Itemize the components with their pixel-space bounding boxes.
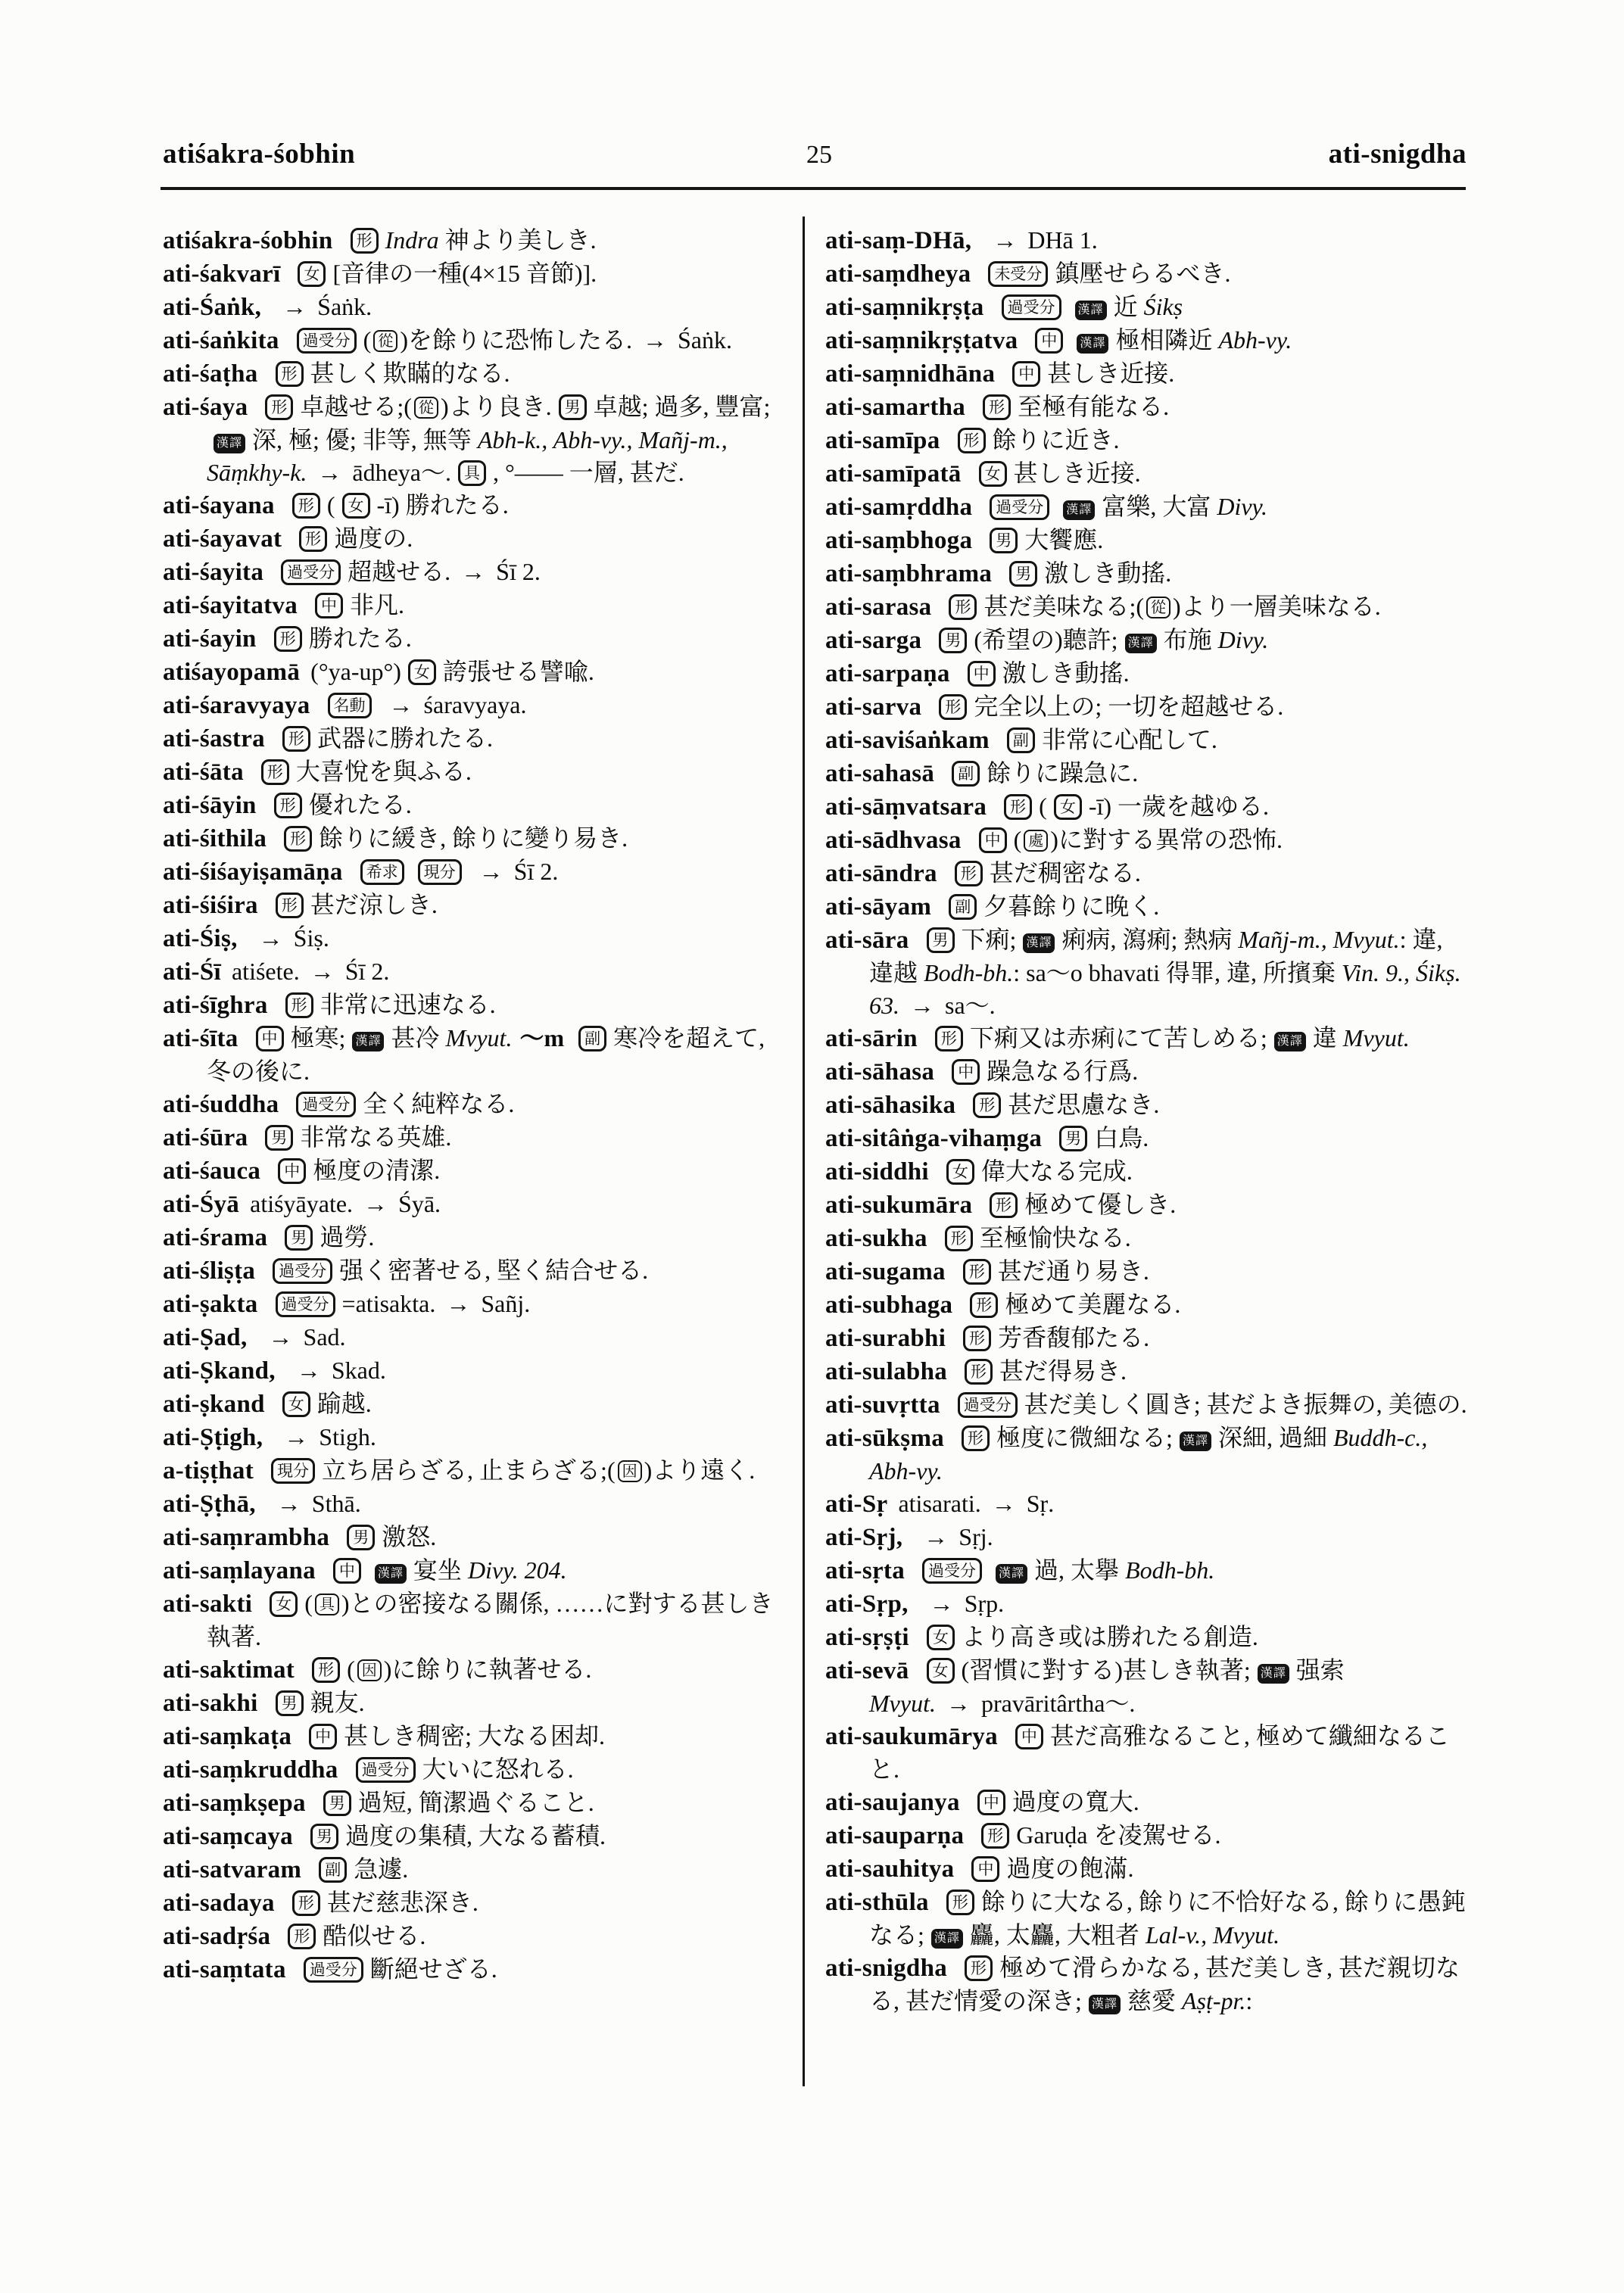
entry-headword: ati-Śyā bbox=[163, 1191, 239, 1218]
grammar-tag: 形 bbox=[274, 626, 302, 652]
dictionary-entry: ati-śūra男非常なる英雄. bbox=[163, 1121, 794, 1154]
grammar-tag: 過受分 bbox=[1002, 294, 1061, 320]
grammar-tag: 形 bbox=[276, 893, 304, 918]
entry-headword: ati-sauhitya bbox=[825, 1855, 954, 1883]
case-tag: (從) bbox=[404, 393, 448, 420]
dictionary-entry: ati-saṃlayana中漢譯宴坐 Divy. 204. bbox=[163, 1554, 794, 1587]
dictionary-entry: ati-sadṛśa形酷似せる. bbox=[163, 1920, 794, 1953]
entry-headword: ati-sāṃvatsara bbox=[825, 793, 987, 821]
dictionary-entry: ati-sevā女(習慣に對する)甚しき執著;漢譯强索 Mvyut.→pravā… bbox=[825, 1654, 1469, 1720]
dictionary-entry: ati-saṃdheya未受分鎮壓せらるべき. bbox=[825, 257, 1469, 291]
grammar-tag: 男 bbox=[939, 628, 967, 653]
grammar-tag: 未受分 bbox=[988, 261, 1048, 287]
kanji-translation-tag: 漢譯 bbox=[1023, 933, 1055, 953]
reference-text: Mvyut. bbox=[869, 1690, 936, 1717]
reference-text: Mvyut. bbox=[1343, 1024, 1410, 1051]
entry-headword: ati-Śī bbox=[163, 958, 221, 986]
column-divider bbox=[803, 217, 805, 2086]
reference-text: Śikṣ bbox=[1144, 293, 1183, 320]
arrow-icon: → bbox=[363, 1190, 388, 1217]
reference-text: Divy. bbox=[1217, 493, 1267, 520]
arrow-icon: → bbox=[946, 1690, 971, 1717]
entry-headword: ati-sthūla bbox=[825, 1889, 929, 1916]
dictionary-entry: ati-siddhi女偉大なる完成. bbox=[825, 1155, 1469, 1189]
entry-headword: ati-śakvarī bbox=[163, 260, 280, 288]
entry-text: ( bbox=[327, 491, 335, 519]
grammar-tag: 形 bbox=[285, 992, 313, 1018]
entry-headword: ati-saujanya bbox=[825, 1789, 960, 1816]
entry-headword: ati-śayitatva bbox=[163, 592, 298, 619]
entry-text: =atisakta. bbox=[342, 1290, 436, 1317]
grammar-tag: 過受分 bbox=[297, 328, 357, 354]
grammar-tag: 中 bbox=[278, 1158, 306, 1184]
grammar-tag: 中 bbox=[333, 1558, 361, 1584]
grammar-tag: 副 bbox=[949, 894, 977, 920]
reference-text: Bodh-bh. bbox=[924, 959, 1013, 986]
case-tag: (從) bbox=[363, 326, 408, 354]
running-head-left: atiśakra-śobhin bbox=[163, 138, 355, 170]
entry-text: 甚しく欺瞞的なる. bbox=[310, 360, 510, 387]
dictionary-entry: ati-sauhitya中過度の飽滿. bbox=[825, 1852, 1469, 1886]
case-tag-label: 從 bbox=[373, 330, 397, 352]
grammar-tag: 男 bbox=[559, 394, 587, 420]
entry-headword: ati-sarpaṇa bbox=[825, 660, 950, 687]
dictionary-entry: ati-śaravyaya名動→śaravyaya. bbox=[163, 689, 794, 722]
dictionary-entry: ati-suvṛtta過受分甚だ美しく圓き; 甚だよき振舞の, 美德の. bbox=[825, 1388, 1469, 1422]
dictionary-entry: ati-satvaram副急遽. bbox=[163, 1853, 794, 1886]
entry-headword: ati-sāhasika bbox=[825, 1092, 955, 1119]
dictionary-entry: ati-śastra形武器に勝れたる. bbox=[163, 722, 794, 756]
dictionary-entry: ati-saṃcaya男過度の集積, 大なる蓄積. bbox=[163, 1820, 794, 1853]
entry-headword: ati-Ṣkand, bbox=[163, 1357, 276, 1385]
dictionary-entry: ati-sadaya形甚だ慈悲深き. bbox=[163, 1886, 794, 1920]
dictionary-entry: ati-śāta形大喜悅を與ふる. bbox=[163, 756, 794, 789]
entry-text: Śī 2. bbox=[496, 558, 541, 585]
dictionary-entry: ati-saṃnikṛṣṭa過受分漢譯近 Śikṣ bbox=[825, 291, 1469, 324]
entry-headword: ati-śāyin bbox=[163, 792, 257, 819]
entry-text: 躁急なる行爲. bbox=[987, 1058, 1138, 1085]
dictionary-entry: ati-samṛddha過受分漢譯富樂, 大富 Divy. bbox=[825, 491, 1469, 524]
case-tag-label: 從 bbox=[1146, 597, 1170, 618]
entry-headword: ati-śaravyaya bbox=[163, 692, 310, 719]
entry-text: Śaṅk. bbox=[317, 293, 372, 320]
entry-text: 餘りに緩き, 餘りに變り易き. bbox=[319, 824, 628, 852]
reference-text: Aṣṭ-pr. bbox=[1182, 1987, 1245, 2014]
entry-headword: ati-sāhasa bbox=[825, 1058, 934, 1086]
grammar-tag: 女 bbox=[342, 493, 370, 519]
entry-text: 甚しき近接. bbox=[1014, 460, 1141, 487]
grammar-tag: 形 bbox=[983, 394, 1011, 420]
arrow-icon: → bbox=[992, 1490, 1016, 1517]
arrow-icon: → bbox=[389, 691, 413, 718]
entry-text: 布施 bbox=[1164, 626, 1218, 653]
kanji-translation-tag: 漢譯 bbox=[1063, 500, 1095, 520]
entry-text: より一層美味なる. bbox=[1181, 593, 1381, 620]
entry-text: 勝れたる. bbox=[309, 625, 412, 652]
page-number: 25 bbox=[806, 141, 832, 170]
dictionary-page: { "header": { "left": "atiśakra-śobhin",… bbox=[0, 0, 1624, 2293]
grammar-tag: 形 bbox=[946, 1890, 974, 1915]
entry-headword: ati-Śaṅk, bbox=[163, 294, 261, 321]
kanji-translation-tag: 漢譯 bbox=[931, 1929, 963, 1949]
entry-headword: ati-saṃkaṭa bbox=[163, 1723, 291, 1750]
reference-text: Mvyut. bbox=[445, 1024, 512, 1051]
entry-text: 富樂, 大富 bbox=[1102, 493, 1217, 520]
entry-text: Skad. bbox=[332, 1357, 386, 1384]
entry-headword: ati-śāta bbox=[163, 759, 244, 786]
dictionary-entry: ati-sthūla形餘りに大なる, 餘りに不恰好なる, 餘りに愚鈍なる;漢譯麤… bbox=[825, 1886, 1469, 1952]
grammar-tag: 女 bbox=[408, 659, 436, 685]
entry-headword: ati-śaṭha bbox=[163, 360, 258, 388]
entry-text: 非凡. bbox=[350, 591, 404, 618]
entry-text: より良き. bbox=[449, 393, 552, 420]
kanji-translation-tag: 漢譯 bbox=[1077, 334, 1108, 354]
entry-headword: atiśayopamā bbox=[163, 659, 300, 686]
entry-text: 非常に迅速なる. bbox=[320, 991, 496, 1018]
entry-text: (°ya-up°) bbox=[310, 658, 401, 685]
grammar-tag: 形 bbox=[981, 1823, 1009, 1849]
entry-headword: ati-śrama bbox=[163, 1224, 267, 1251]
dictionary-entry: ati-samartha形至極有能なる. bbox=[825, 391, 1469, 424]
entry-text: 過短, 簡潔過ぐること. bbox=[358, 1789, 594, 1816]
entry-text: 完全以上の; 一切を超越せる. bbox=[974, 693, 1283, 720]
dictionary-entry: ati-sāndra形甚だ稠密なる. bbox=[825, 857, 1469, 890]
dictionary-entry: ati-Ṣṭigh,→Stigh. bbox=[163, 1421, 794, 1454]
grammar-tag: 過受分 bbox=[296, 1092, 356, 1117]
entry-text: 過勞. bbox=[320, 1223, 374, 1251]
grammar-tag: 形 bbox=[939, 694, 967, 720]
entry-text: 甚だ涼しき. bbox=[310, 891, 438, 918]
arrow-icon: → bbox=[479, 858, 503, 885]
entry-headword: ati-sauparṇa bbox=[825, 1822, 964, 1849]
entry-text: atiśyāyate. bbox=[250, 1190, 353, 1217]
entry-text: Śaṅk. bbox=[678, 326, 732, 354]
grammar-tag: 女 bbox=[1054, 794, 1082, 820]
grammar-tag: 希求 bbox=[360, 859, 404, 885]
entry-headword: ati-snigdha bbox=[825, 1955, 947, 1982]
case-tag: (因) bbox=[347, 1656, 391, 1683]
entry-text: 深, 極; 優; 非等, 無等 bbox=[252, 426, 478, 453]
kanji-translation-tag: 漢譯 bbox=[996, 1564, 1027, 1584]
dictionary-entry: ati-śakvarī女[音律の一種(4×15 音節)]. bbox=[163, 257, 794, 291]
entry-headword: ati-Ṣad, bbox=[163, 1324, 248, 1351]
entry-headword: ati-śayita bbox=[163, 559, 263, 586]
grammar-tag: 過受分 bbox=[958, 1392, 1018, 1418]
dictionary-entry: ati-śithila形餘りに緩き, 餘りに變り易き. bbox=[163, 822, 794, 855]
entry-text: 至極有能なる. bbox=[1018, 393, 1169, 420]
entry-headword: ati-samīpa bbox=[825, 427, 940, 454]
entry-text: 下痢; bbox=[962, 926, 1017, 953]
grammar-tag: 過受分 bbox=[356, 1757, 416, 1783]
dictionary-entry: ati-śaṭha形甚しく欺瞞的なる. bbox=[163, 357, 794, 391]
entry-text: 麤, 太麤, 大粗者 bbox=[970, 1921, 1146, 1949]
entry-text: 深細, 過細 bbox=[1218, 1424, 1333, 1451]
entry-headword: ati-Sṛ bbox=[825, 1491, 887, 1518]
kanji-translation-tag: 漢譯 bbox=[1075, 301, 1107, 320]
entry-headword: atiśakra-śobhin bbox=[163, 227, 333, 254]
entry-text: atiśete. bbox=[232, 958, 300, 985]
running-head-right: ati-snigdha bbox=[1329, 138, 1467, 170]
dictionary-entry: ati-śuddha過受分全く純粹なる. bbox=[163, 1088, 794, 1121]
entry-text: 過度の飽滿. bbox=[1006, 1855, 1133, 1882]
arrow-icon: → bbox=[317, 459, 341, 486]
dictionary-entry: ati-Ṣad,→Sad. bbox=[163, 1321, 794, 1354]
dictionary-entry: ati-saṃ-DHā,→DHā 1. bbox=[825, 224, 1469, 257]
entry-headword: ati-saṃdheya bbox=[825, 260, 971, 288]
dictionary-entry: ati-śayitatva中非凡. bbox=[163, 589, 794, 622]
dictionary-entry: ati-sṛta過受分漢譯過, 太擧 Bodh-bh. bbox=[825, 1554, 1469, 1587]
dictionary-entry: ati-sārin形下痢又は赤痢にて苦しめる;漢譯違 Mvyut. bbox=[825, 1022, 1469, 1055]
reference-text: Mañj-m., Mvyut. bbox=[1238, 926, 1399, 953]
grammar-tag: 過受分 bbox=[922, 1558, 982, 1584]
entry-headword: ati-sevā bbox=[825, 1657, 909, 1684]
arrow-icon: → bbox=[993, 226, 1017, 254]
entry-text: 優れたる. bbox=[309, 791, 412, 818]
entry-text: 激しき動搖. bbox=[1002, 659, 1130, 687]
case-tag-label: 處 bbox=[1024, 830, 1048, 852]
dictionary-entry: ati-subhaga形極めて美麗なる. bbox=[825, 1288, 1469, 1322]
entry-text: 甚しき近接. bbox=[1047, 360, 1174, 387]
entry-text: 甚しき稠密; 大なる困却. bbox=[344, 1722, 605, 1749]
entry-text: Sad. bbox=[304, 1323, 346, 1351]
entry-headword: ati-ṣakta bbox=[163, 1291, 258, 1318]
entry-headword: ati-sāyam bbox=[825, 893, 931, 921]
entry-text: , °—— 一層, 甚だ. bbox=[493, 459, 684, 486]
case-tag: (從) bbox=[1136, 593, 1180, 620]
header-rule bbox=[161, 187, 1466, 190]
dictionary-entry: ati-sāyam副夕暮餘りに晚く. bbox=[825, 890, 1469, 924]
grammar-tag: 男 bbox=[990, 528, 1018, 553]
dictionary-entry: ati-ṣakta過受分=atisakta.→Sañj. bbox=[163, 1288, 794, 1321]
entry-headword: ati-Ṣṭhā, bbox=[163, 1491, 256, 1518]
entry-text: より遠く. bbox=[652, 1456, 755, 1484]
grammar-tag: 現分 bbox=[418, 859, 462, 885]
entry-headword: ati-satvaram bbox=[163, 1856, 301, 1883]
entry-headword: ati-sarga bbox=[825, 627, 921, 654]
reference-text: Abh-vy. bbox=[1218, 326, 1292, 354]
entry-headword: ati-saṃnidhāna bbox=[825, 360, 995, 388]
dictionary-entry: ati-śayavat形過度の. bbox=[163, 522, 794, 556]
dictionary-entry: ati-śayita過受分超越せる.→Śī 2. bbox=[163, 556, 794, 589]
entry-text: 非常に心配して. bbox=[1042, 726, 1217, 753]
grammar-tag: 形 bbox=[282, 726, 310, 752]
entry-headword: ati-sukumāra bbox=[825, 1192, 972, 1219]
entry-headword: ati-sugama bbox=[825, 1258, 946, 1285]
entry-text: Sṛp. bbox=[965, 1590, 1004, 1617]
dictionary-entry: ati-sarga男(希望の)聽許;漢譯布施 Divy. bbox=[825, 624, 1469, 657]
dictionary-entry: ati-saviśaṅkam副非常に心配して. bbox=[825, 724, 1469, 757]
grammar-tag: 現分 bbox=[271, 1458, 315, 1484]
grammar-tag: 副 bbox=[952, 761, 980, 787]
grammar-tag: 女 bbox=[927, 1625, 955, 1650]
entry-text: : sa～o bhavati 得罪, 違, 所擯棄 bbox=[1013, 959, 1342, 986]
grammar-tag: 男 bbox=[927, 927, 955, 953]
entry-headword: ati-sarasa bbox=[825, 594, 931, 621]
case-tag-label: 因 bbox=[618, 1460, 642, 1482]
entry-text: 甚だ思慮なき. bbox=[1008, 1091, 1159, 1118]
entry-headword: ati-suvṛtta bbox=[825, 1391, 940, 1419]
entry-text: 餘りに近き. bbox=[993, 426, 1120, 453]
grammar-tag: 中 bbox=[968, 661, 996, 687]
grammar-tag: 形 bbox=[970, 1292, 998, 1318]
grammar-tag: 女 bbox=[979, 461, 1007, 487]
entry-headword: ati-saṃrambha bbox=[163, 1524, 329, 1551]
entry-text: に對する異常の恐怖. bbox=[1058, 826, 1283, 853]
entry-text: atisarati. bbox=[898, 1490, 980, 1517]
arrow-icon: → bbox=[446, 1290, 470, 1317]
entry-text: 偉大なる完成. bbox=[981, 1157, 1133, 1185]
grammar-tag: 形 bbox=[965, 1359, 993, 1385]
dictionary-entry: ati-sakhi男親友. bbox=[163, 1687, 794, 1720]
grammar-tag: 中 bbox=[315, 593, 343, 618]
entry-headword: a-tiṣṭhat bbox=[163, 1457, 254, 1485]
entry-text: 甚だ美しく圓き; 甚だよき振舞の, 美德の. bbox=[1024, 1391, 1467, 1418]
dictionary-entry: ati-śauca中極度の清潔. bbox=[163, 1154, 794, 1188]
grammar-tag: 形 bbox=[1004, 794, 1032, 820]
grammar-tag: 中 bbox=[952, 1059, 980, 1085]
entry-text: ( bbox=[1039, 793, 1047, 820]
entry-text: 甚冷 bbox=[391, 1024, 445, 1051]
entry-headword: ati-śayavat bbox=[163, 525, 282, 553]
reference-text: Lal-v., Mvyut. bbox=[1146, 1921, 1280, 1949]
arrow-icon: → bbox=[297, 1357, 321, 1384]
entry-text: śaravyaya. bbox=[424, 691, 527, 718]
dictionary-entry: ati-saṃkaṭa中甚しき稠密; 大なる困却. bbox=[163, 1720, 794, 1753]
entry-text: 强く密著せる, 堅く結合せる. bbox=[339, 1257, 648, 1284]
dictionary-entry: ati-Śyāatiśyāyate.→Śyā. bbox=[163, 1188, 794, 1221]
entry-headword: ati-śaṅkita bbox=[163, 327, 279, 354]
grammar-tag: 形 bbox=[958, 428, 986, 453]
grammar-tag: 過受分 bbox=[276, 1291, 335, 1317]
grammar-tag: 女 bbox=[946, 1159, 974, 1185]
kanji-translation-tag: 漢譯 bbox=[375, 1564, 407, 1584]
entry-headword: ati-saṃlayana bbox=[163, 1557, 316, 1584]
entry-text: Garuḍa を凌駕せる. bbox=[1016, 1821, 1220, 1849]
kanji-translation-tag: 漢譯 bbox=[1125, 634, 1157, 653]
entry-headword: ati-śithila bbox=[163, 825, 267, 852]
entry-text: (習慣に對する)甚しき執著; bbox=[962, 1656, 1251, 1684]
grammar-tag: 男 bbox=[265, 1125, 293, 1151]
grammar-tag: 中 bbox=[971, 1856, 999, 1882]
dictionary-entry: ati-saṃbhoga男大饗應. bbox=[825, 524, 1469, 557]
entry-headword: ati-saṃbhrama bbox=[825, 560, 992, 587]
entry-headword: ati-śiśira bbox=[163, 892, 258, 919]
entry-headword: ati-saukumārya bbox=[825, 1723, 998, 1750]
dictionary-entry: ati-Śīatiśete.→Śī 2. bbox=[163, 955, 794, 989]
entry-headword: ati-samīpatā bbox=[825, 460, 962, 488]
case-tag: (具) bbox=[304, 1590, 349, 1617]
reference-text: Bodh-bh. bbox=[1125, 1556, 1214, 1584]
entry-text: 急遽. bbox=[354, 1855, 408, 1883]
case-tag-label: 從 bbox=[414, 397, 438, 419]
dictionary-entry: ati-śāyin形優れたる. bbox=[163, 789, 794, 822]
entry-text: 極めて優しき. bbox=[1024, 1191, 1176, 1218]
entry-headword: ati-saviśaṅkam bbox=[825, 727, 990, 754]
entry-text: 立ち居らざる, 止まらざる; bbox=[322, 1456, 607, 1484]
grammar-tag: 男 bbox=[310, 1824, 338, 1849]
entry-text: Sthā. bbox=[312, 1490, 361, 1517]
entry-text: 極めて美麗なる. bbox=[1005, 1291, 1180, 1318]
entry-text: ādheya～. bbox=[352, 459, 451, 486]
entry-text: 痢病, 瀉痢; 熱病 bbox=[1061, 926, 1238, 953]
entry-text: に餘りに執著せる. bbox=[391, 1656, 591, 1683]
entry-text: 近 bbox=[1114, 293, 1144, 320]
entry-text: Sañj. bbox=[481, 1290, 530, 1317]
grammar-tag: 形 bbox=[292, 1890, 320, 1916]
dictionary-entry: a-tiṣṭhat現分立ち居らざる, 止まらざる;(因)より遠く. bbox=[163, 1454, 794, 1488]
grammar-tag: 中 bbox=[1012, 361, 1040, 387]
entry-headword: ati-sakti bbox=[163, 1590, 252, 1618]
entry-text: 甚だ美味なる; bbox=[983, 593, 1136, 620]
dictionary-entry: ati-surabhi形芳香馥郁たる. bbox=[825, 1322, 1469, 1355]
arrow-icon: → bbox=[643, 326, 667, 354]
dictionary-entry: ati-Sṛj,→Sṛj. bbox=[825, 1521, 1469, 1554]
entry-text: Stigh. bbox=[319, 1423, 376, 1450]
grammar-tag: 形 bbox=[276, 361, 304, 387]
arrow-icon: → bbox=[284, 1423, 308, 1450]
entry-headword: ati-siddhi bbox=[825, 1158, 929, 1185]
entry-headword: ati-sārin bbox=[825, 1025, 918, 1052]
dictionary-entry: ati-Sṛatisarati.→Sṛ. bbox=[825, 1488, 1469, 1521]
entry-text: pravāritârtha～. bbox=[981, 1690, 1135, 1717]
entry-headword: ati-sadṛśa bbox=[163, 1923, 270, 1950]
entry-text: (希望の)聽許; bbox=[974, 626, 1117, 653]
grammar-tag: 中 bbox=[256, 1026, 284, 1051]
grammar-tag: 形 bbox=[261, 759, 289, 785]
entry-text: 非常なる英雄. bbox=[300, 1123, 451, 1151]
entry-text: 卓越せる; bbox=[300, 393, 404, 420]
arrow-icon: → bbox=[310, 958, 335, 985]
dictionary-entry: ati-śrama男過勞. bbox=[163, 1221, 794, 1254]
entry-text: 激しき動搖. bbox=[1044, 559, 1171, 587]
entry-text: 宴坐 bbox=[413, 1556, 468, 1584]
entry-headword: ati-saṃbhoga bbox=[825, 527, 972, 554]
case-tag: (處) bbox=[1014, 826, 1058, 853]
entry-headword: ati-saṃnikṛṣṭa bbox=[825, 294, 984, 321]
dictionary-entry: ati-samīpa形餘りに近き. bbox=[825, 424, 1469, 457]
kanji-translation-tag: 漢譯 bbox=[214, 434, 245, 453]
entry-headword: ati-sarva bbox=[825, 693, 921, 721]
reference-text: Indra bbox=[385, 226, 439, 254]
entry-headword: ati-sṛta bbox=[825, 1557, 905, 1584]
entry-text: 酷似せる. bbox=[323, 1922, 425, 1949]
dictionary-entry: ati-sitâṅga-vihaṃga男白鳥. bbox=[825, 1122, 1469, 1155]
dictionary-entry: ati-Śiṣ,→Śiṣ. bbox=[163, 922, 794, 955]
entry-text: 激怒. bbox=[382, 1523, 436, 1550]
grammar-tag: 形 bbox=[935, 1026, 963, 1051]
entry-text: Śī 2. bbox=[345, 958, 390, 985]
entry-text: 極相隣近 bbox=[1115, 326, 1218, 354]
arrow-icon: → bbox=[461, 558, 485, 585]
page-header: atiśakra-śobhin 25 ati-snigdha bbox=[163, 138, 1467, 170]
entry-headword: ati-śīghra bbox=[163, 992, 268, 1019]
grammar-tag: 男 bbox=[285, 1225, 313, 1251]
grammar-tag: 名動 bbox=[328, 693, 372, 718]
entry-text: 過度の寬大. bbox=[1012, 1788, 1139, 1815]
entry-text: 斷絕せざる. bbox=[370, 1955, 497, 1983]
grammar-tag: 過受分 bbox=[304, 1957, 363, 1983]
entry-text: 武器に勝れたる. bbox=[317, 724, 493, 752]
entry-headword: ati-Sṛj, bbox=[825, 1524, 902, 1551]
entry-headword: ati-Ṣṭigh, bbox=[163, 1424, 263, 1451]
entry-text: 全く純粹なる. bbox=[363, 1090, 514, 1117]
entry-headword: ati-saṃcaya bbox=[163, 1823, 293, 1850]
grammar-tag: 男 bbox=[1059, 1126, 1087, 1151]
grammar-tag: 女 bbox=[298, 261, 326, 287]
entry-headword: ati-sṛṣṭi bbox=[825, 1624, 909, 1651]
dictionary-entry: ati-sṛṣṭi女より高き或は勝れたる創造. bbox=[825, 1621, 1469, 1654]
entry-headword: ati-śastra bbox=[163, 725, 265, 752]
